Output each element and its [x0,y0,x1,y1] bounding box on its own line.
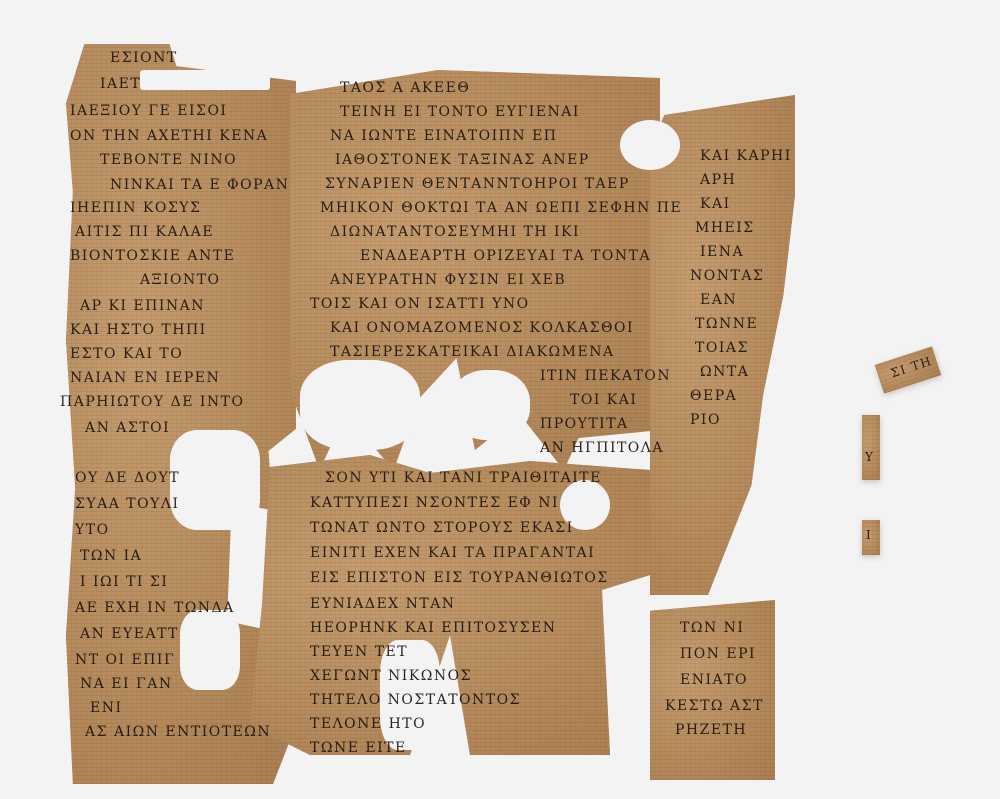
text-line: ΙΑΘΟΣΤΟΝΕΚ ΤΑΞΙΝΑΣ ΑΝΕΡ [335,152,590,168]
text-line: ΙΕΝΑ [700,244,744,260]
text-line: ΩΝΤΑ [700,364,749,380]
text-line: ΙΑΕΞΙΟΥ ΓΕ ΕΙΣΟΙ [70,103,227,119]
text-line: ΑΝ ΕΥΕΑΤΤ [80,626,179,642]
text-line: ΝΤ ΟΙ ΕΠΙΓ [75,652,175,668]
text-line: ΠΡΟΥΤΙΤΑ [540,416,629,432]
text-line: ΑΙΤΙΣ ΠΙ ΚΑΛΑΕ [75,224,214,240]
text-line: ΤΕΥΕΝ ΤΕΤ [310,644,408,660]
text-line: ΝΑ ΕΙ ΓΑΝ [80,676,173,692]
text-line: ΚΑΙ ΗΣΤΟ ΤΗΠΙ [70,322,207,338]
text-line: Ι ΙΩΙ ΤΙ ΣΙ [80,574,168,590]
papyrus-fragment-small-2 [862,415,880,480]
papyrus-hole [180,610,240,690]
text-line: ΕΑΝ [700,292,737,308]
text-line: ΟΝ ΤΗΝ ΑΧΕΤΗΙ ΚΕΝΑ [70,128,268,144]
text-line: ΤΑΟΣ Α ΑΚΕΕΘ [340,80,470,96]
text-line: ΣΟΝ ΥΤΙ ΚΑΙ ΤΑΝΙ ΤΡΑΙΘΙΤΑΙΤΕ [325,470,602,486]
text-line: ΚΑΙ ΟΝΟΜΑΖΟΜΕΝΟΣ ΚΟΛΚΑΣΘΟΙ [330,320,634,336]
text-line: ΤΟΙΣ ΚΑΙ ΟΝ ΙΣΑΤΤΙ ΥΝΟ [310,296,530,312]
text-line: ΤΩΝ ΝΙ [680,620,744,636]
text-line: ΠΟΝ ΕΡΙ [680,646,756,662]
text-line: ΧΕΓΩΝΤ ΝΙΚΩΝΟΣ [310,668,472,684]
text-line: ΝΑΙΑΝ ΕΝ ΙΕΡΕΝ [70,370,220,386]
text-line: ΤΕΙΝΗ ΕΙ ΤΟΝΤΟ ΕΥΓΙΕΝΑΙ [340,104,580,120]
text-line: ΣΥΑΑ ΤΟΥΛΙ [75,496,180,512]
text-line: ΤΑΣΙΕΡΕΣΚΑΤΕΙΚΑΙ ΔΙΑΚΩΜΕΝΑ [330,344,615,360]
text-line: ΕΝΙ [90,700,123,716]
text-line: ΒΙΟΝΤΟΣΚΙΕ ΑΝΤΕ [70,248,235,264]
text-line: ΑΞΙΟΝΤΟ [140,272,221,288]
text-line: ΜΗΕΙΣ [695,220,755,236]
text-line: ΑΝΕΥΡΑΤΗΝ ΦΥΣΙΝ ΕΙ ΧΕΒ [330,272,566,288]
text-line: ΚΑΤΤΥΠΕΣΙ ΝΣΟΝΤΕΣ ΕΦ ΝΙ [310,495,559,511]
text-line: ΟΥ ΔΕ ΔΟΥΤ [75,470,180,486]
text-line: ΕΥΝΙΑΔΕΧ ΝΤΑΝ [310,596,456,612]
text-line: ΤΩΝΕ ΕΙΤΕ [310,740,407,756]
text-line: ΣΥΝΑΡΙΕΝ ΘΕΝΤΑΝΝΤΟΗΡΟΙ ΤΑΕΡ [325,176,630,192]
text-line: ΤΗΤΕΛΟ ΝΟΣΤΑΤΟΝΤΟΣ [310,692,521,708]
text-line: ΕΙΣ ΕΠΙΣΤΟΝ ΕΙΣ ΤΟΥΡΑΝΘΙΩΤΟΣ [310,570,609,586]
text-line: ΑΡΗ [700,172,736,188]
text-line: ΤΟΙΑΣ [695,340,749,356]
text-line: ΤΩΝΑΤ ΩΝΤΟ ΣΤΟΡΟΥΣ ΕΚΑΣΙ [310,520,574,536]
small-fragment-text: Ι [866,528,872,542]
small-fragment-text: Υ [865,450,874,464]
text-line: ΠΑΡΗΙΩΤΟΥ ΔΕ ΙΝΤΟ [60,394,244,410]
text-line: ΚΑΙ [700,196,731,212]
text-line: ΚΕΣΤΩ ΑΣΤ [665,698,764,714]
text-line: ΡΙΟ [690,412,721,428]
text-line: ΡΗΖΕΤΗ [675,722,747,738]
papyrus-hole [140,70,270,90]
text-line: ΗΕΟΡΗΝΚ ΚΑΙ ΕΠΙΤΟΣΥΣΕΝ [310,620,557,636]
text-line: ΘΕΡΑ [690,388,737,404]
text-line: ΝΑ ΙΩΝΤΕ ΕΙΝΑΤΟΙΠΝ ΕΠ [330,128,558,144]
text-line: ΑΝ ΑΣΤΟΙ [85,420,170,436]
text-line: ΤΩΝ ΙΑ [80,548,142,564]
text-line: ΕΝΑΔΕΑΡΤΗ ΟΡΙΖΕΥΑΙ ΤΑ ΤΟΝΤΑ [360,248,651,264]
papyrus-hole [620,120,680,170]
text-line: ΤΕΒΟΝΤΕ ΝΙΝΟ [100,152,237,168]
text-line: ΑΡ ΚΙ ΕΠΙΝΑΝ [80,298,205,314]
papyrus-hole [170,430,260,530]
text-line: ΑΝ ΗΓΠΙΤΟΛΑ [540,440,664,456]
text-line: ΑΣ ΑΙΩΝ ΕΝΤΙΟΤΕΩΝ [85,724,271,740]
text-line: ΕΙΝΙΤΙ ΕΧΕΝ ΚΑΙ ΤΑ ΠΡΑΓΑΝΤΑΙ [310,545,595,561]
text-line: ΔΙΩΝΑΤΑΝΤΟΣΕΥΜΗΙ ΤΗ ΙΚΙ [330,224,580,240]
papyrus-photo: { "image": { "subject": "Ancient Greek p… [0,0,1000,799]
text-line: ΚΑΙ ΚΑΡΗΙ [700,148,792,164]
text-line: ΜΗΙΚΟΝ ΘΟΚΤΩΙ ΤΑ ΑΝ ΩΕΠΙ ΣΕΦΗΝ ΠΕ [320,200,682,216]
text-line: ΕΣΤΟ ΚΑΙ ΤΟ [70,346,183,362]
text-line: ΕΝΙΑΤΟ [680,672,748,688]
text-line: ΤΕΛΟΝΕ ΗΤΟ [310,716,426,732]
text-line: ΕΣΙΟΝΤ [110,50,178,66]
text-line: ΝΟΝΤΑΣ [690,268,764,284]
text-line: ΤΟΙ ΚΑΙ [570,392,637,408]
text-line: ΙΤΙΝ ΠΕΚΑΤΟΝ [540,368,671,384]
text-line: ΝΙΝΚΑΙ ΤΑ Ε ΦΟΡΑΝ [110,177,289,193]
papyrus-hole [450,370,530,440]
text-line: ΑΕ ΕΧΗ ΙΝ ΤΩΝΔΑ [75,600,235,616]
papyrus-hole [300,360,420,450]
text-line: ΙΗΕΠΙΝ ΚΟΣΥΣ [70,200,201,216]
text-line: ΥΤΟ [75,522,110,538]
text-line: ΤΩΝΝΕ [695,316,758,332]
text-line: ΙΑΕΤ [100,76,141,92]
